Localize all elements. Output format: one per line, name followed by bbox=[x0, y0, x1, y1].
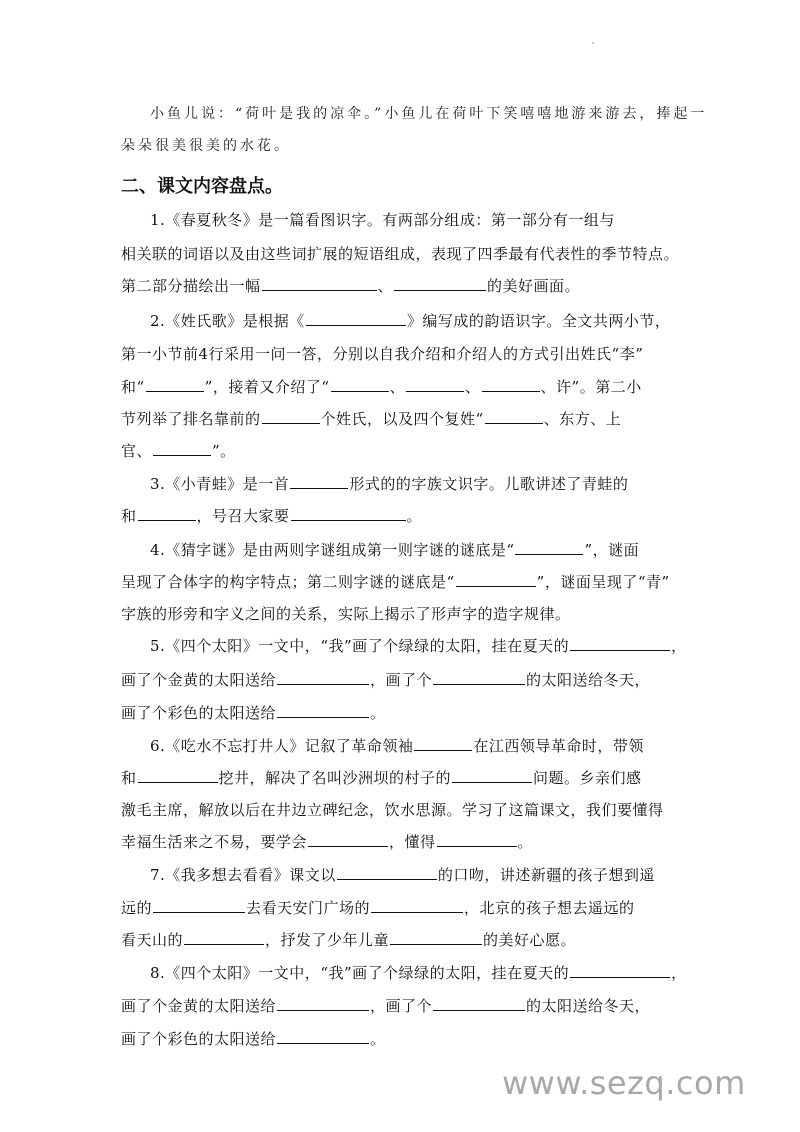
item-3-line-1: 3.《小青蛙》是一首形式的的字族文识字。儿歌讲述了青蛙的 bbox=[150, 474, 710, 494]
fill-blank[interactable] bbox=[570, 963, 670, 978]
document-page: 小鱼儿说：“荷叶是我的凉伞。”小鱼儿在荷叶下笑嘻嘻地游来游去，捧起一 朵朵很美很… bbox=[0, 0, 800, 1132]
fill-blank[interactable] bbox=[394, 276, 486, 291]
scan-artifact bbox=[592, 42, 594, 44]
item-2-line-1: 2.《姓氏歌》是根据《》编写成的韵语识字。全文共两小节， bbox=[150, 311, 710, 331]
fill-blank[interactable] bbox=[277, 996, 369, 1011]
fill-blank[interactable] bbox=[277, 670, 369, 685]
fill-blank[interactable] bbox=[414, 736, 472, 751]
fill-blank[interactable] bbox=[277, 703, 369, 718]
fill-blank[interactable] bbox=[485, 409, 543, 424]
item-2-line-4: 节列举了排名靠前的个姓氏，以及四个复姓“、东方、上 bbox=[121, 409, 681, 429]
item-1-line-2: 相关联的词语以及由这些词扩展的短语组成，表现了四季最有代表性的季节特点。 bbox=[121, 244, 681, 264]
item-2-line-2: 第一小节前4行采用一问一答，分别以自我介绍和介绍人的方式引出姓氏“李” bbox=[121, 344, 681, 364]
fill-blank[interactable] bbox=[406, 377, 464, 392]
fill-blank[interactable] bbox=[331, 377, 389, 392]
fill-blank[interactable] bbox=[515, 540, 583, 555]
item-5-line-1: 5.《四个太阳》一文中，“我”画了个绿绿的太阳，挂在夏天的， bbox=[150, 636, 710, 656]
item-7-line-1: 7.《我多想去看看》课文以的口吻，讲述新疆的孩子想到遥 bbox=[150, 865, 710, 885]
section-heading: 二、课文内容盘点。 bbox=[121, 172, 283, 198]
item-5-line-3: 画了个彩色的太阳送给。 bbox=[121, 703, 681, 723]
fill-blank[interactable] bbox=[437, 832, 517, 847]
item-4-line-3: 字族的形旁和字义之间的关系，实际上揭示了形声字的造字规律。 bbox=[121, 604, 681, 624]
item-6-line-2: 和挖井，解决了名叫沙洲坝的村子的问题。乡亲们感 bbox=[121, 768, 681, 788]
item-8-line-1: 8.《四个太阳》一文中，“我”画了个绿绿的太阳，挂在夏天的， bbox=[150, 963, 710, 983]
item-2-line-5: 官、”。 bbox=[121, 441, 681, 461]
fill-blank[interactable] bbox=[277, 1029, 369, 1044]
fill-blank[interactable] bbox=[306, 311, 406, 326]
fill-blank[interactable] bbox=[452, 768, 532, 783]
fill-blank[interactable] bbox=[390, 930, 482, 945]
fill-blank[interactable] bbox=[337, 865, 437, 880]
item-1-line-1: 1.《春夏秋冬》是一篇看图识字。有两部分组成：第一部分有一组与 bbox=[150, 210, 710, 230]
item-8-line-2: 画了个金黄的太阳送给，画了个的太阳送给冬天， bbox=[121, 996, 681, 1016]
intro-line-2: 朵朵很美很美的水花。 bbox=[121, 136, 681, 156]
fill-blank[interactable] bbox=[308, 832, 388, 847]
fill-blank[interactable] bbox=[456, 572, 536, 587]
fill-blank[interactable] bbox=[153, 898, 245, 913]
item-7-line-3: 看天山的，抒发了少年儿童的美好心愿。 bbox=[121, 930, 681, 950]
fill-blank[interactable] bbox=[262, 409, 320, 424]
item-6-line-4: 幸福生活来之不易，要学会，懂得。 bbox=[121, 832, 681, 852]
fill-blank[interactable] bbox=[146, 377, 204, 392]
fill-blank[interactable] bbox=[433, 996, 525, 1011]
intro-line-1: 小鱼儿说：“荷叶是我的凉伞。”小鱼儿在荷叶下笑嘻嘻地游来游去，捧起一 bbox=[150, 104, 710, 124]
fill-blank[interactable] bbox=[138, 768, 218, 783]
item-6-line-3: 激毛主席，解放以后在井边立碑纪念，饮水思源。学习了这篇课文，我们要懂得 bbox=[121, 800, 681, 820]
item-4-line-2: 呈现了合体字的构字特点；第二则字谜的谜底是“”，谜面呈现了“青” bbox=[121, 572, 681, 592]
fill-blank[interactable] bbox=[433, 670, 525, 685]
fill-blank[interactable] bbox=[262, 276, 377, 291]
item-2-line-3: 和“”，接着又介绍了“、、、许”。第二小 bbox=[121, 377, 681, 397]
fill-blank[interactable] bbox=[290, 474, 348, 489]
item-5-line-2: 画了个金黄的太阳送给，画了个的太阳送给冬天， bbox=[121, 670, 681, 690]
item-1-line-3: 第二部分描绘出一幅、的美好画面。 bbox=[121, 276, 681, 296]
item-8-line-3: 画了个彩色的太阳送给。 bbox=[121, 1029, 681, 1049]
item-3-line-2: 和，号召大家要。 bbox=[121, 506, 681, 526]
fill-blank[interactable] bbox=[570, 636, 670, 651]
fill-blank[interactable] bbox=[184, 930, 264, 945]
fill-blank[interactable] bbox=[291, 506, 406, 521]
fill-blank[interactable] bbox=[371, 898, 463, 913]
item-6-line-1: 6.《吃水不忘打井人》记叙了革命领袖在江西领导革命时，带领 bbox=[150, 736, 710, 756]
fill-blank[interactable] bbox=[482, 377, 540, 392]
site-watermark: www.sezq.com bbox=[502, 1064, 746, 1102]
fill-blank[interactable] bbox=[138, 506, 196, 521]
item-7-line-2: 远的去看天安门广场的，北京的孩子想去遥远的 bbox=[121, 898, 681, 918]
item-4-line-1: 4.《猜字谜》是由两则字谜组成第一则字谜的谜底是“”，谜面 bbox=[150, 540, 710, 560]
fill-blank[interactable] bbox=[153, 441, 211, 456]
